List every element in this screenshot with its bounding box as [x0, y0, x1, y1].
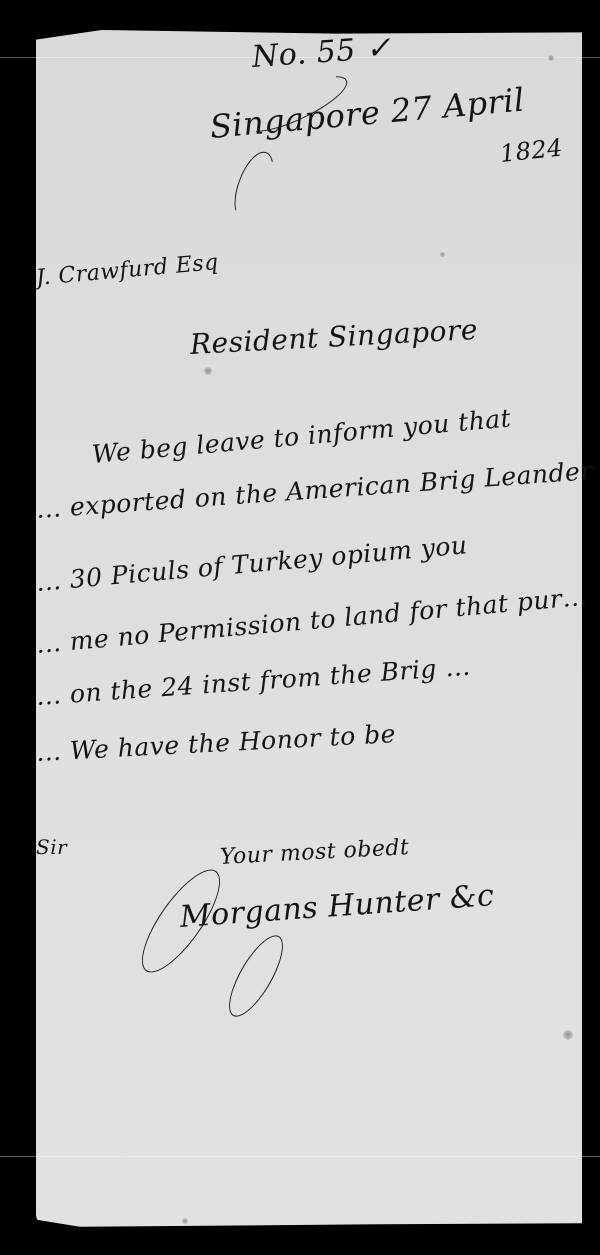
- ink-smudge: [182, 1218, 188, 1224]
- ink-smudge: [204, 367, 212, 375]
- ink-smudge: [563, 1030, 573, 1040]
- ink-smudge: [548, 55, 554, 61]
- ink-smudge: [440, 252, 445, 257]
- scan-artifact-line: [0, 1156, 600, 1157]
- margin-fragment: Sir: [36, 835, 67, 859]
